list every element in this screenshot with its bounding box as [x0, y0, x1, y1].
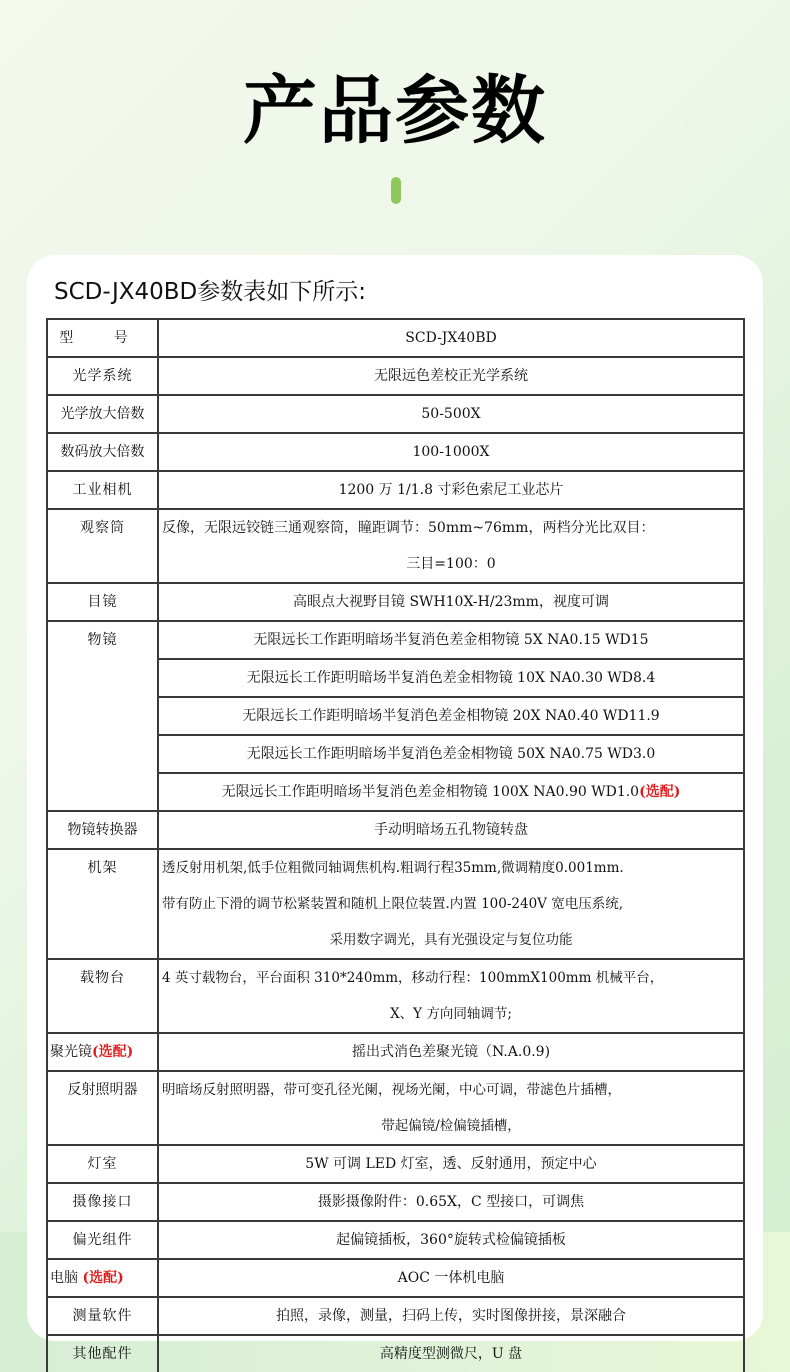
- row-label: 摄像接口: [47, 1183, 158, 1221]
- row-value: AOC 一体机电脑: [158, 1259, 744, 1297]
- table-row-optical-magnification: 光学放大倍数 50-500X: [47, 395, 744, 433]
- row-label: 聚光镜(选配): [47, 1033, 158, 1071]
- row-label: 工业相机: [47, 471, 158, 509]
- table-row-observation-tube: 观察筒 反像，无限远铰链三通观察筒，瞳距调节：50mm~76mm，两档分光比双目…: [47, 509, 744, 583]
- row-label: 电脑 (选配): [47, 1259, 158, 1297]
- spec-table: 型 号 SCD-JX40BD 光学系统 无限远色差校正光学系统 光学放大倍数 5…: [46, 318, 745, 1372]
- table-row-optical-system: 光学系统 无限远色差校正光学系统: [47, 357, 744, 395]
- row-value: 无限远色差校正光学系统: [158, 357, 744, 395]
- table-row-nosepiece: 物镜转换器 手动明暗场五孔物镜转盘: [47, 811, 744, 849]
- row-value: 高眼点大视野目镜 SWH10X-H/23mm，视度可调: [158, 583, 744, 621]
- table-row-accessories: 其他配件 高精度型测微尺，U 盘: [47, 1335, 744, 1372]
- table-row-computer: 电脑 (选配) AOC 一体机电脑: [47, 1259, 744, 1297]
- table-row-polarizer: 偏光组件 起偏镜插板，360°旋转式检偏镜插板: [47, 1221, 744, 1259]
- table-row-camera-interface: 摄像接口 摄影摄像附件：0.65X，C 型接口，可调焦: [47, 1183, 744, 1221]
- title-accent-bar: [391, 177, 401, 204]
- row-label: 反射照明器: [47, 1071, 158, 1145]
- objective-sub-row: 无限远长工作距明暗场半复消色差金相物镜 10X NA0.30 WD8.4: [158, 659, 744, 697]
- table-row-model: 型 号 SCD-JX40BD: [47, 319, 744, 357]
- table-row-stage: 载物台 4 英寸载物台，平台面积 310*240mm，移动行程：100mmX10…: [47, 959, 744, 1033]
- row-value: 4 英寸载物台，平台面积 310*240mm，移动行程：100mmX100mm …: [158, 959, 744, 1033]
- row-value: 起偏镜插板，360°旋转式检偏镜插板: [158, 1221, 744, 1259]
- row-value: 拍照，录像，测量，扫码上传，实时图像拼接，景深融合: [158, 1297, 744, 1335]
- table-row-reflected-illuminator: 反射照明器 明暗场反射照明器，带可变孔径光阑，视场光阑，中心可调，带滤色片插槽，…: [47, 1071, 744, 1145]
- row-label: 观察筒: [47, 509, 158, 583]
- objective-sub-row: 无限远长工作距明暗场半复消色差金相物镜 100X NA0.90 WD1.0(选配…: [158, 773, 744, 811]
- page-title: 产品参数: [0, 66, 790, 156]
- row-label: 数码放大倍数: [47, 433, 158, 471]
- objective-sub-row: 无限远长工作距明暗场半复消色差金相物镜 50X NA0.75 WD3.0: [158, 735, 744, 773]
- optional-tag: (选配): [82, 1270, 123, 1286]
- objective-sub-row: 无限远长工作距明暗场半复消色差金相物镜 20X NA0.40 WD11.9: [158, 697, 744, 735]
- row-value: 反像，无限远铰链三通观察筒，瞳距调节：50mm~76mm，两档分光比双目： 三目…: [158, 509, 744, 583]
- row-label: 物镜: [47, 621, 158, 811]
- optional-tag: (选配): [639, 784, 680, 800]
- table-row-eyepiece: 目镜 高眼点大视野目镜 SWH10X-H/23mm，视度可调: [47, 583, 744, 621]
- table-row-software: 测量软件 拍照，录像，测量，扫码上传，实时图像拼接，景深融合: [47, 1297, 744, 1335]
- row-value: 5W 可调 LED 灯室，透、反射通用，预定中心: [158, 1145, 744, 1183]
- row-label: 测量软件: [47, 1297, 158, 1335]
- row-label: 目镜: [47, 583, 158, 621]
- row-label: 光学放大倍数: [47, 395, 158, 433]
- spec-card: SCD-JX40BD参数表如下所示: 型 号 SCD-JX40BD 光学系统 无…: [27, 255, 763, 1341]
- row-label: 型 号: [47, 319, 158, 357]
- objective-sub-row: 无限远长工作距明暗场半复消色差金相物镜 5X NA0.15 WD15: [158, 621, 744, 659]
- row-label: 偏光组件: [47, 1221, 158, 1259]
- row-label: 载物台: [47, 959, 158, 1033]
- row-value: 高精度型测微尺，U 盘: [158, 1335, 744, 1372]
- card-heading: SCD-JX40BD参数表如下所示:: [54, 277, 366, 307]
- row-value: 100-1000X: [158, 433, 744, 471]
- table-row-industrial-camera: 工业相机 1200 万 1/1.8 寸彩色索尼工业芯片: [47, 471, 744, 509]
- optional-tag: (选配): [92, 1044, 133, 1060]
- row-value: 50-500X: [158, 395, 744, 433]
- row-value: 摇出式消色差聚光镜（N.A.0.9): [158, 1033, 744, 1071]
- row-label: 光学系统: [47, 357, 158, 395]
- table-row-condenser: 聚光镜(选配) 摇出式消色差聚光镜（N.A.0.9): [47, 1033, 744, 1071]
- row-label: 灯室: [47, 1145, 158, 1183]
- row-value: 透反射用机架,低手位粗微同轴调焦机构.粗调行程35mm,微调精度0.001mm.…: [158, 849, 744, 959]
- row-value: SCD-JX40BD: [158, 319, 744, 357]
- row-value: 明暗场反射照明器，带可变孔径光阑，视场光阑，中心可调，带滤色片插槽， 带起偏镜/…: [158, 1071, 744, 1145]
- table-row-digital-magnification: 数码放大倍数 100-1000X: [47, 433, 744, 471]
- row-value: 1200 万 1/1.8 寸彩色索尼工业芯片: [158, 471, 744, 509]
- row-value: 摄影摄像附件：0.65X，C 型接口，可调焦: [158, 1183, 744, 1221]
- table-row-lamp-house: 灯室 5W 可调 LED 灯室，透、反射通用，预定中心: [47, 1145, 744, 1183]
- row-value: 手动明暗场五孔物镜转盘: [158, 811, 744, 849]
- row-label: 机架: [47, 849, 158, 959]
- table-row-frame: 机架 透反射用机架,低手位粗微同轴调焦机构.粗调行程35mm,微调精度0.001…: [47, 849, 744, 959]
- row-label: 物镜转换器: [47, 811, 158, 849]
- table-row-objective: 物镜 无限远长工作距明暗场半复消色差金相物镜 5X NA0.15 WD15: [47, 621, 744, 659]
- row-label: 其他配件: [47, 1335, 158, 1372]
